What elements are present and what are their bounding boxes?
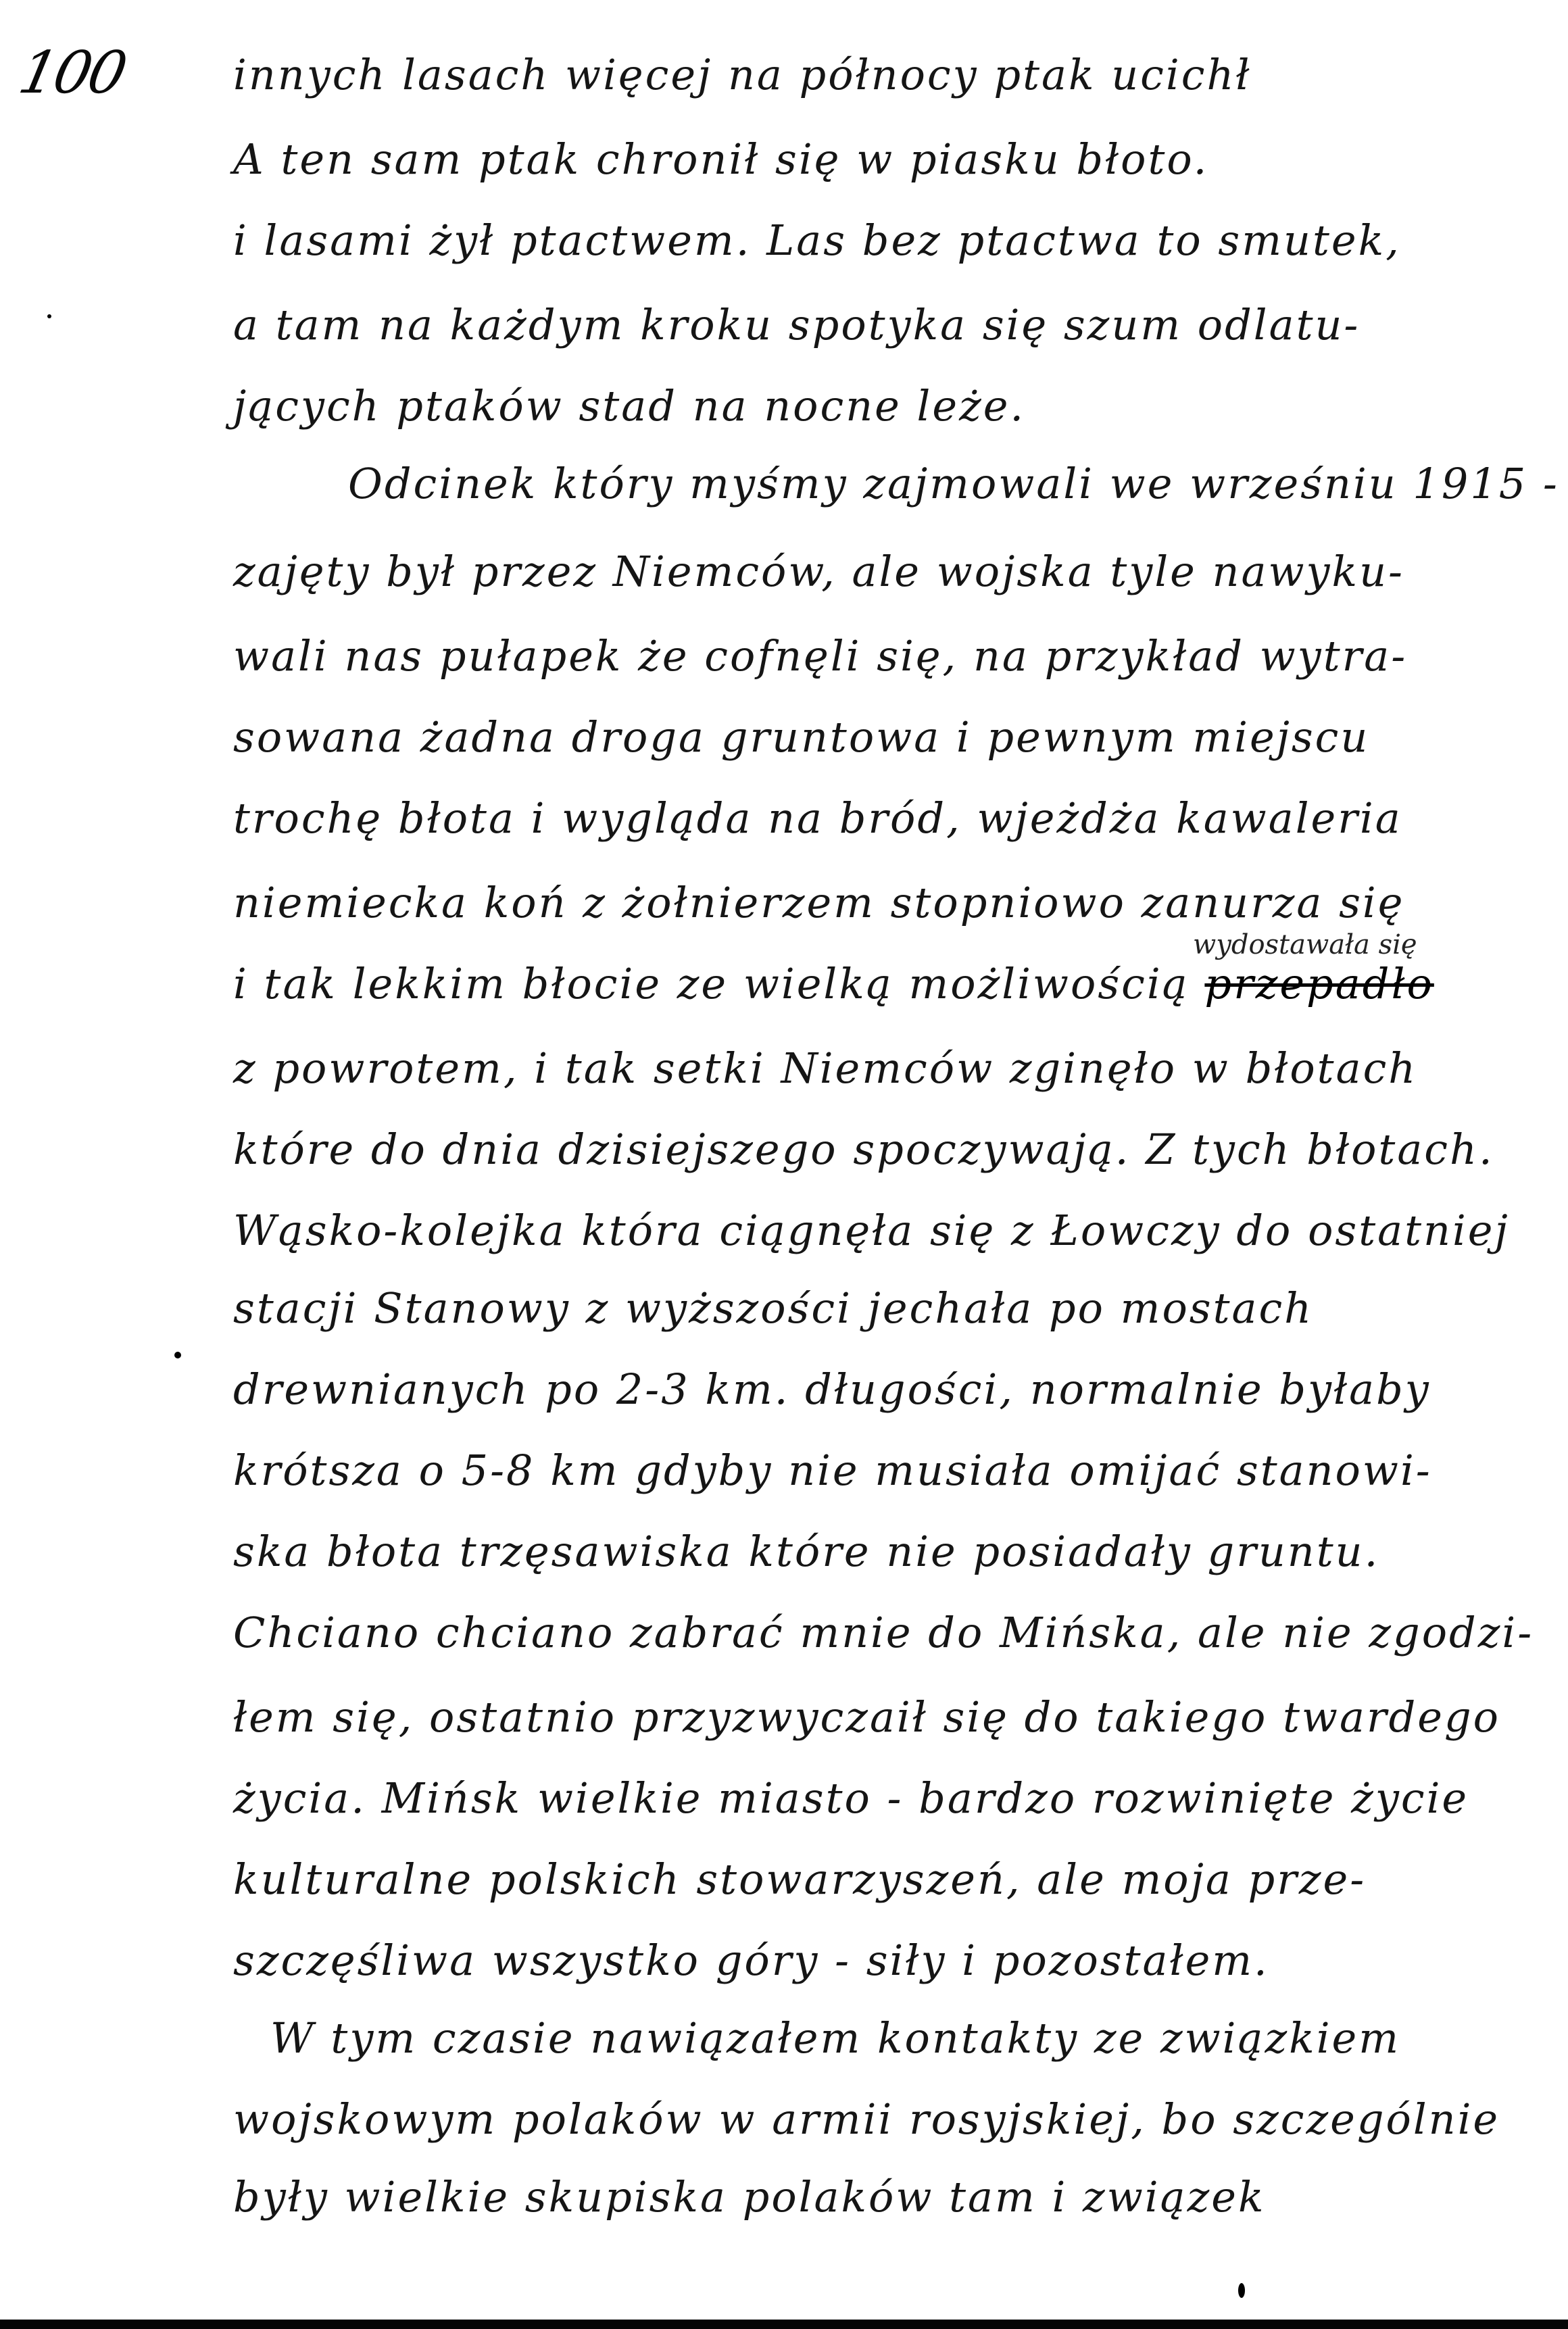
text-line: zajęty był przez Niemców, ale wojska tyl… bbox=[233, 551, 1404, 593]
text-line: wojskowym polaków w armii rosyjskiej, bo… bbox=[233, 2099, 1500, 2140]
text-line: które do dnia dzisiejszego spoczywają. Z… bbox=[233, 1129, 1494, 1171]
margin-page-number: 100 bbox=[14, 44, 129, 102]
text-line: stacji Stanowy z wyższości jechała po mo… bbox=[233, 1288, 1313, 1329]
text-line-indented: Odcinek który myśmy zajmowali we wrześni… bbox=[348, 463, 1559, 505]
text-line-body: i tak lekkim błocie ze wielką możliwości… bbox=[233, 959, 1190, 1008]
text-line: A ten sam ptak chronił się w piasku błot… bbox=[233, 139, 1208, 180]
scan-bottom-edge bbox=[0, 2320, 1568, 2329]
text-line: były wielkie skupiska polaków tam i zwią… bbox=[233, 2176, 1266, 2218]
text-line: Chciano chciano zabrać mnie do Mińska, a… bbox=[233, 1612, 1534, 1654]
text-line: kulturalne polskich stowarzyszeń, ale mo… bbox=[233, 1859, 1366, 1901]
manuscript-page: 100 innych lasach więcej na północy ptak… bbox=[0, 0, 1568, 2329]
text-line: jących ptaków stad na nocne leże. bbox=[233, 385, 1025, 427]
text-line: szczęśliwa wszystko góry - siły i pozost… bbox=[233, 1940, 1269, 1982]
text-line: innych lasach więcej na północy ptak uci… bbox=[233, 54, 1251, 96]
text-line: i lasami żył ptactwem. Las bez ptactwa t… bbox=[233, 220, 1401, 262]
text-line-with-correction: i tak lekkim błocie ze wielką możliwości… bbox=[233, 963, 1434, 1005]
text-line: ska błota trzęsawiska które nie posiadał… bbox=[233, 1531, 1379, 1573]
text-line: Wąsko-kolejka która ciągnęła się z Łowcz… bbox=[233, 1210, 1510, 1252]
ink-speck bbox=[47, 314, 51, 318]
ink-blot bbox=[1238, 2283, 1245, 2298]
text-line: życia. Mińsk wielkie miasto - bardzo roz… bbox=[233, 1778, 1469, 1819]
text-line: z powrotem, i tak setki Niemców zginęło … bbox=[233, 1048, 1417, 1089]
text-line: wali nas pułapek że cofnęli się, na przy… bbox=[233, 635, 1407, 677]
text-line: sowana żadna droga gruntowa i pewnym mie… bbox=[233, 716, 1369, 758]
ink-speck bbox=[174, 1352, 181, 1358]
text-line: drewnianych po 2-3 km. długości, normaln… bbox=[233, 1369, 1431, 1411]
text-line: niemiecka koń z żołnierzem stopniowo zan… bbox=[233, 882, 1404, 924]
text-line: krótsza o 5-8 km gdyby nie musiała omija… bbox=[233, 1450, 1432, 1492]
text-line-indented: W tym czasie nawiązałem kontakty ze zwią… bbox=[270, 2017, 1400, 2059]
struck-out-word: przepadło bbox=[1204, 959, 1434, 1008]
text-line: łem się, ostatnio przyzwyczaił się do ta… bbox=[233, 1696, 1500, 1738]
text-line: a tam na każdym kroku spotyka się szum o… bbox=[233, 304, 1360, 346]
interlinear-correction: wydostawała się bbox=[1193, 929, 1417, 960]
text-line: trochę błota i wygląda na bród, wjeżdża … bbox=[233, 798, 1402, 839]
